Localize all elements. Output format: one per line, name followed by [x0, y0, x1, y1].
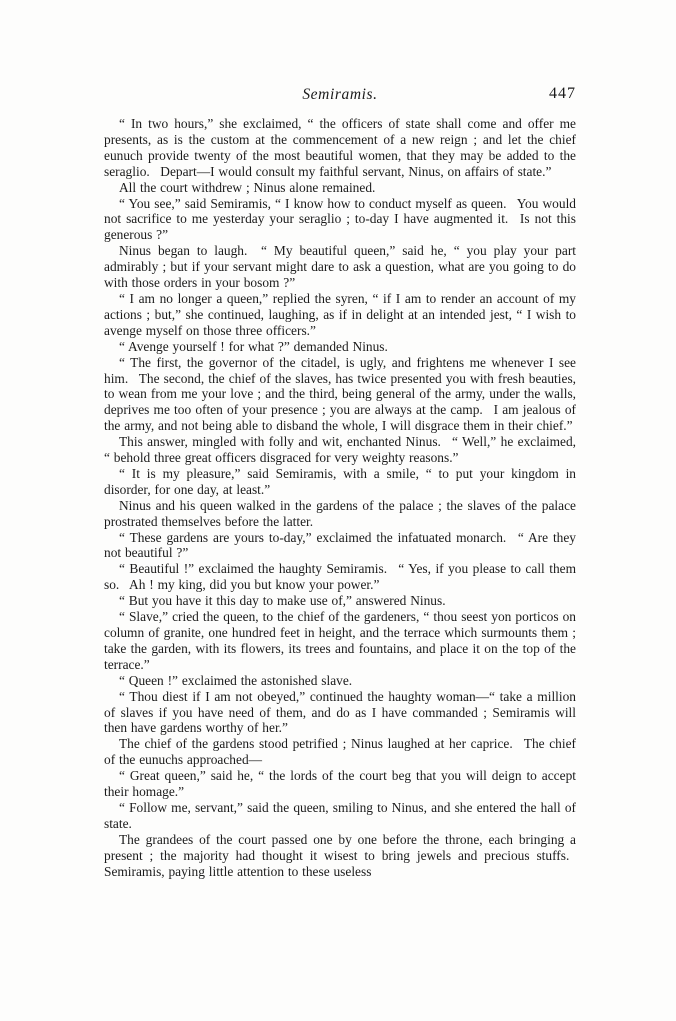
paragraph: “ Follow me, servant,” said the queen, s… [104, 800, 576, 832]
paragraph: “ Queen !” exclaimed the astonished slav… [104, 673, 576, 689]
running-title: Semiramis. [104, 86, 576, 104]
paragraph: “ Beautiful !” exclaimed the haughty Sem… [104, 561, 576, 593]
paragraph: “ In two hours,” she exclaimed, “ the of… [104, 116, 576, 180]
paragraph: The grandees of the court passed one by … [104, 832, 576, 880]
paragraph: “ It is my pleasure,” said Semiramis, wi… [104, 466, 576, 498]
paragraph: All the court withdrew ; Ninus alone rem… [104, 180, 576, 196]
running-header: Semiramis. 447 [104, 86, 576, 108]
paragraph: Ninus and his queen walked in the garden… [104, 498, 576, 530]
page-content: Semiramis. 447 “ In two hours,” she excl… [104, 86, 576, 880]
page-number: 447 [549, 85, 576, 103]
paragraph: “ I am no longer a queen,” replied the s… [104, 291, 576, 339]
paragraph: This answer, mingled with folly and wit,… [104, 434, 576, 466]
paragraph: “ You see,” said Semiramis, “ I know how… [104, 196, 576, 244]
paragraph: “ Thou diest if I am not obeyed,” contin… [104, 689, 576, 737]
paragraph: Ninus began to laugh. “ My beautiful que… [104, 243, 576, 291]
paragraph: “ Slave,” cried the queen, to the chief … [104, 609, 576, 673]
paragraph: “ These gardens are yours to-day,” excla… [104, 530, 576, 562]
paragraph: “ The first, the governor of the citadel… [104, 355, 576, 435]
paragraph: “ Great queen,” said he, “ the lords of … [104, 768, 576, 800]
page-body-text: “ In two hours,” she exclaimed, “ the of… [104, 116, 576, 880]
paragraph: “ But you have it this day to make use o… [104, 593, 576, 609]
book-page: Semiramis. 447 “ In two hours,” she excl… [0, 0, 676, 1021]
paragraph: The chief of the gardens stood petrified… [104, 736, 576, 768]
paragraph: “ Avenge yourself ! for what ?” demanded… [104, 339, 576, 355]
